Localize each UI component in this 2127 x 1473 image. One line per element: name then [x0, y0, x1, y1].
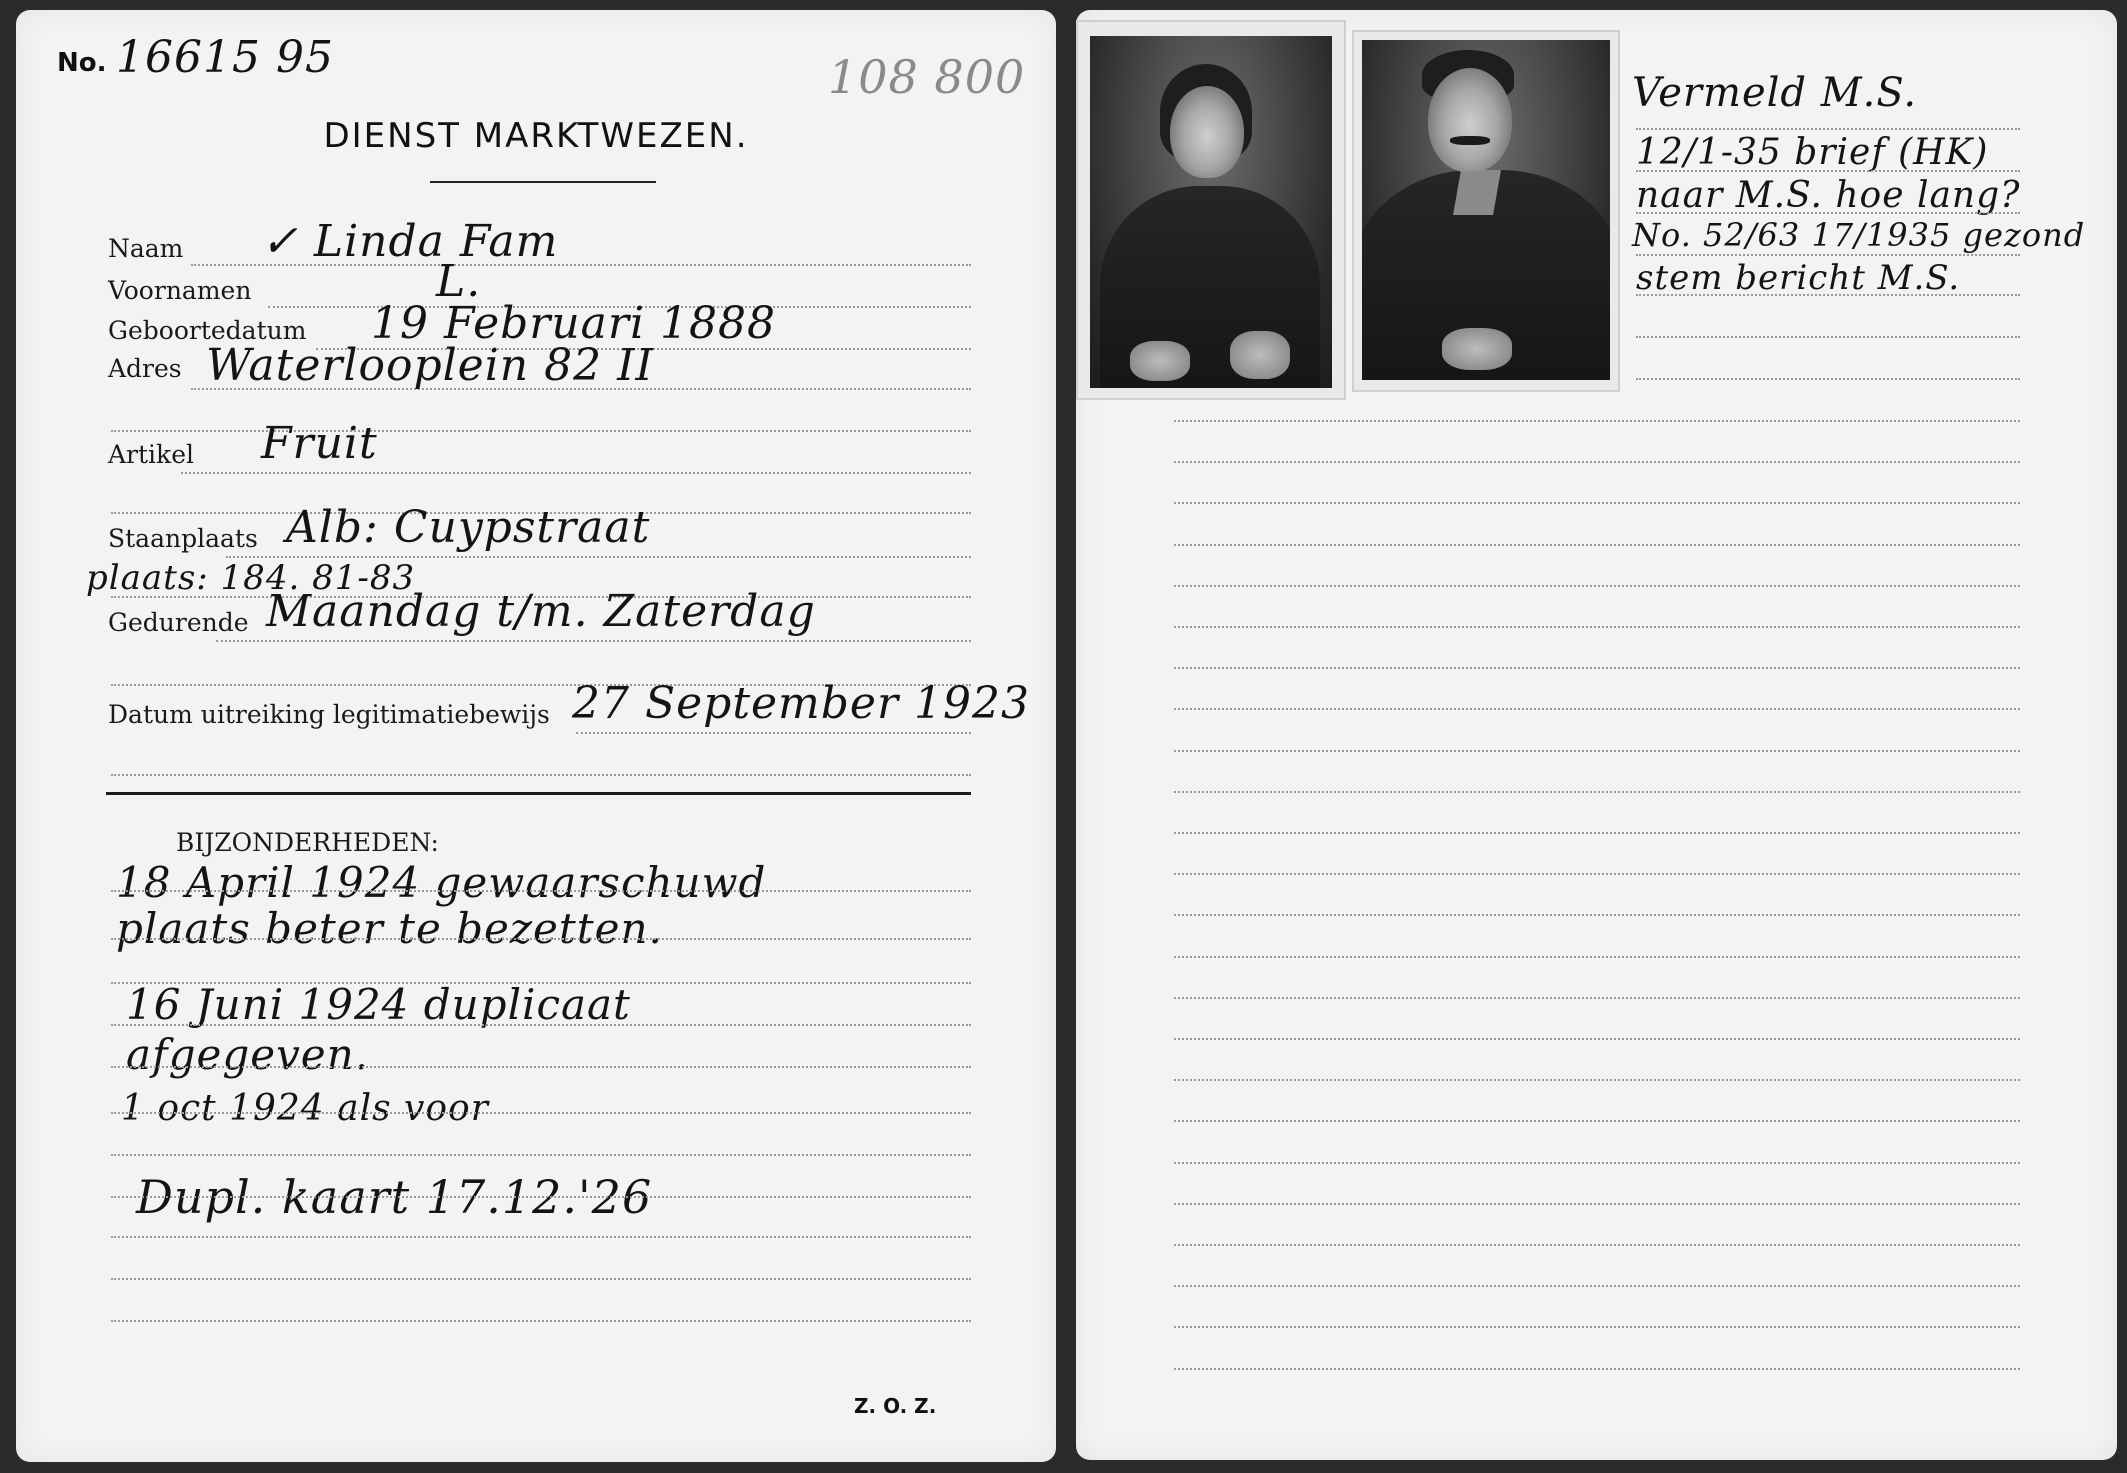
field-value-artikel: Fruit — [261, 418, 378, 469]
dotted-line — [1636, 212, 2020, 214]
field-label-adres: Adres — [108, 354, 182, 383]
card-number-label: No. — [57, 48, 107, 78]
dotted-line — [1636, 294, 2020, 296]
dotted-line — [216, 640, 971, 642]
back-note-line: Vermeld M.S. — [1632, 70, 1917, 116]
section-divider — [106, 792, 971, 795]
dotted-line — [1174, 873, 2020, 875]
field-value-adres: Waterlooplein 82 II — [206, 340, 654, 391]
registration-card-front: No. 16615 95 108 800 DIENST MARKTWEZEN. … — [16, 10, 1056, 1462]
dotted-line — [1174, 1368, 2020, 1370]
dotted-line — [1174, 585, 2020, 587]
back-note-line: stem bericht M.S. — [1636, 258, 1960, 298]
remark-line: plaats beter te bezetten. — [116, 904, 663, 953]
dotted-line — [111, 1196, 971, 1198]
dotted-line — [181, 472, 971, 474]
dotted-line — [1174, 750, 2020, 752]
dotted-line — [111, 774, 971, 776]
dotted-line — [1174, 956, 2020, 958]
field-label-voornamen: Voornamen — [108, 276, 251, 305]
dotted-line — [1636, 170, 2020, 172]
remark-line: afgegeven. — [126, 1030, 369, 1079]
back-note-line: 12/1-35 brief (HK) — [1636, 132, 1988, 173]
portrait-photo-icon — [1090, 36, 1332, 388]
dotted-line — [1174, 544, 2020, 546]
dotted-line — [1174, 1203, 2020, 1205]
dotted-line — [111, 1320, 971, 1322]
title-divider — [430, 181, 656, 183]
dotted-line — [1174, 502, 2020, 504]
dotted-line — [111, 1112, 971, 1114]
card-title: DIENST MARKTWEZEN. — [16, 116, 1056, 156]
field-label-staanplaats: Staanplaats — [108, 524, 258, 553]
registration-card-back: Vermeld M.S. 12/1-35 brief (HK) naar M.S… — [1076, 10, 2117, 1460]
dotted-line — [1174, 626, 2020, 628]
dotted-line — [1636, 378, 2020, 380]
back-note-line: No. 52/63 17/1935 gezond — [1632, 216, 2085, 254]
dotted-line — [1174, 1244, 2020, 1246]
dotted-line — [111, 430, 971, 432]
remark-line: 18 April 1924 gewaarschuwd — [116, 858, 766, 907]
remark-line: 1 oct 1924 als voor — [121, 1088, 489, 1129]
dotted-line — [1174, 832, 2020, 834]
dotted-line — [1174, 1120, 2020, 1122]
remark-line: 16 Juni 1924 duplicaat — [126, 980, 631, 1029]
remarks-heading: BIJZONDERHEDEN: — [176, 828, 439, 857]
card-number-value: 16615 95 — [116, 32, 334, 83]
dotted-line — [1636, 254, 2020, 256]
dotted-line — [1174, 1162, 2020, 1164]
dotted-line — [1174, 667, 2020, 669]
dotted-line — [111, 890, 971, 892]
dotted-line — [1174, 1038, 2020, 1040]
footer-zoz: Z. O. Z. — [854, 1394, 936, 1418]
field-label-naam: Naam — [108, 234, 183, 263]
dotted-line — [111, 1066, 971, 1068]
dotted-line — [1174, 461, 2020, 463]
field-value-datum-uitreiking: 27 September 1923 — [572, 678, 1030, 729]
dotted-line — [1174, 791, 2020, 793]
field-label-datum-uitreiking: Datum uitreiking legitimatiebewijs — [108, 700, 550, 729]
portrait-photo-icon — [1362, 40, 1610, 380]
field-value-naam: ✓ Linda Fam — [261, 216, 558, 267]
dotted-line — [1174, 420, 2020, 422]
field-value-staanplaats: Alb: Cuypstraat — [286, 502, 650, 553]
field-label-gedurende: Gedurende — [108, 608, 249, 637]
back-note-line: naar M.S. hoe lang? — [1636, 175, 2020, 216]
dotted-line — [1636, 336, 2020, 338]
dotted-line — [111, 1024, 971, 1026]
pencil-reference-number: 108 800 — [828, 50, 1025, 104]
photo-mount-man — [1352, 30, 1620, 392]
dotted-line — [576, 732, 971, 734]
dotted-line — [1174, 1079, 2020, 1081]
dotted-line — [1174, 1326, 2020, 1328]
dotted-line — [111, 938, 971, 940]
field-label-artikel: Artikel — [108, 440, 194, 469]
dotted-line — [1174, 1285, 2020, 1287]
dotted-line — [111, 1154, 971, 1156]
photo-mount-woman — [1076, 20, 1346, 400]
dotted-line — [111, 1278, 971, 1280]
dotted-line — [1636, 128, 2020, 130]
dotted-line — [1174, 997, 2020, 999]
field-value-gedurende: Maandag t/m. Zaterdag — [266, 586, 816, 637]
dotted-line — [1174, 708, 2020, 710]
dotted-line — [111, 1236, 971, 1238]
dotted-line — [1174, 914, 2020, 916]
